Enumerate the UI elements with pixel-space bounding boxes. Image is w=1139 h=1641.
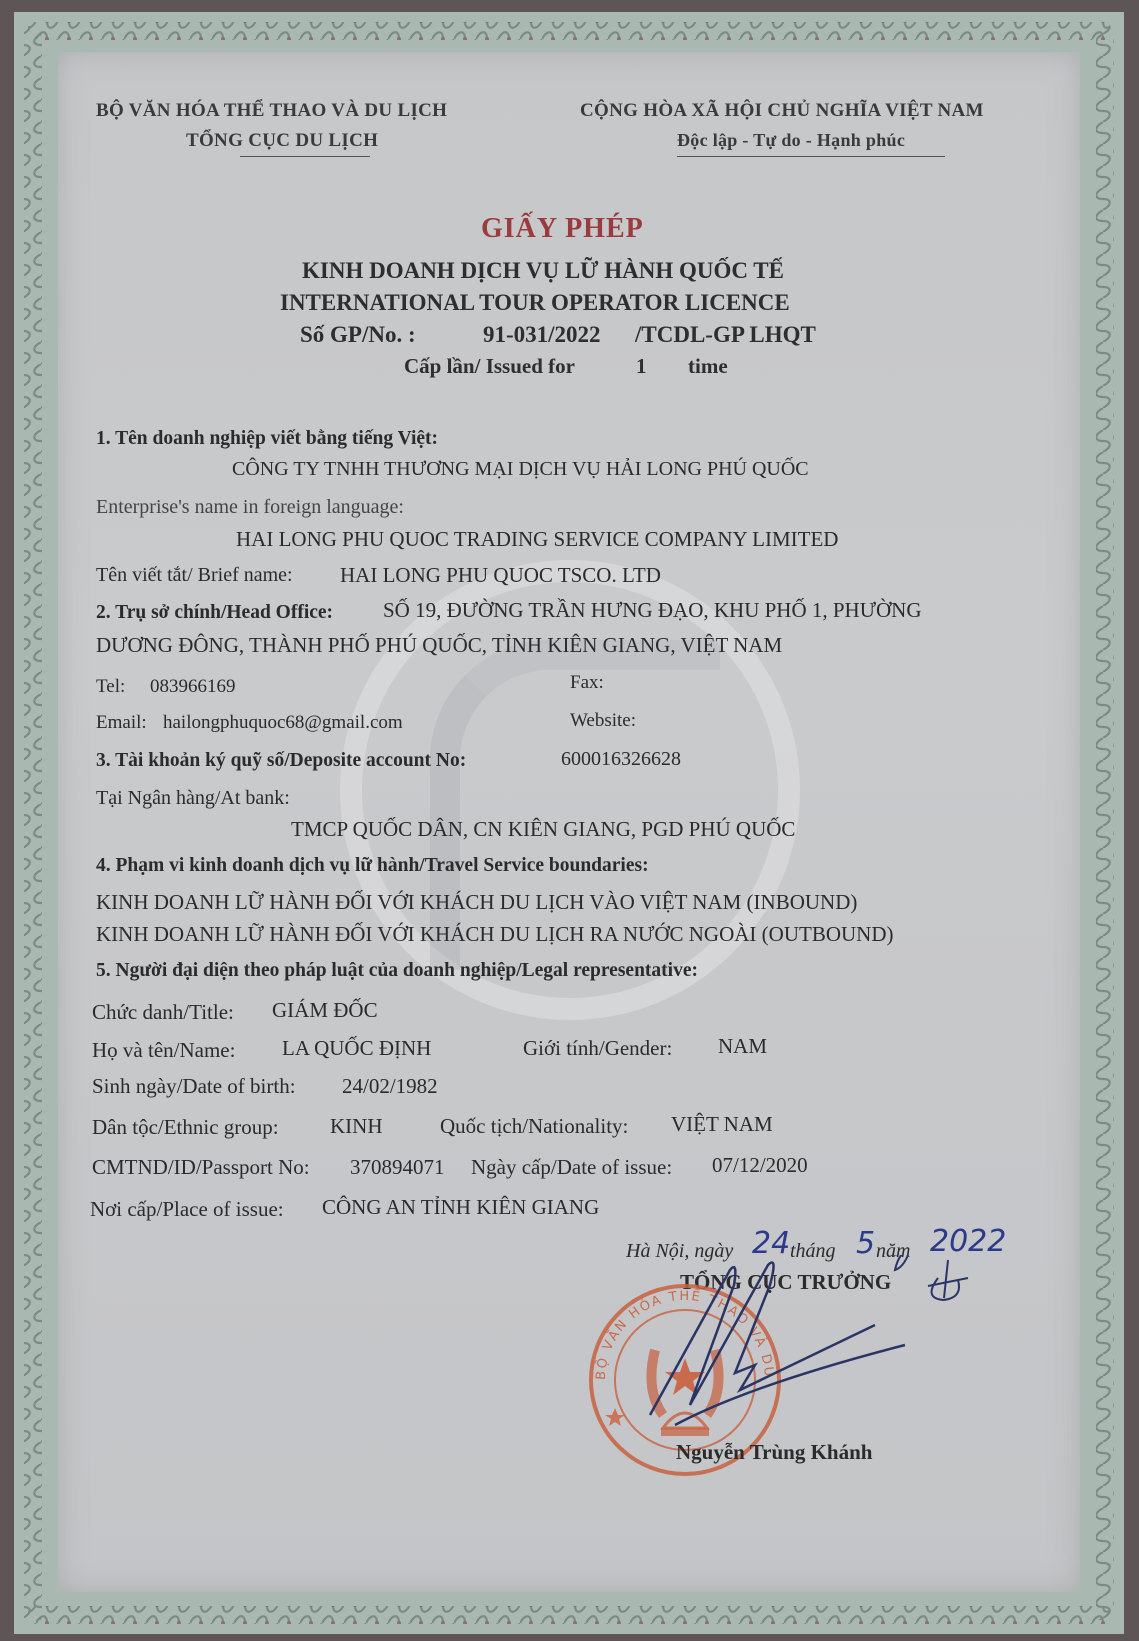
- motto-underline: [677, 156, 945, 157]
- tel-value: 083966169: [150, 676, 236, 698]
- rep-title-label: Chức danh/Title:: [92, 1000, 234, 1025]
- license-number-suffix: /TCDL-GP LHQT: [635, 322, 816, 348]
- agency-underline: [240, 156, 370, 157]
- rep-ethnic-label: Dân tộc/Ethnic group:: [92, 1115, 279, 1140]
- ministry-name: BỘ VĂN HÓA THỂ THAO VÀ DU LỊCH: [96, 100, 447, 122]
- bank-name: TMCP QUỐC DÂN, CN KIÊN GIANG, PGD PHÚ QU…: [291, 817, 795, 842]
- section5-label: 5. Người đại diện theo pháp luật của doa…: [96, 960, 698, 982]
- agency-name: TỔNG CỤC DU LỊCH: [186, 130, 378, 152]
- section3-label: 3. Tài khoản ký quỹ số/Deposite account …: [96, 750, 466, 772]
- rep-name: LA QUỐC ĐỊNH: [282, 1036, 431, 1061]
- rep-ethnic: KINH: [330, 1114, 383, 1139]
- rep-dob: 24/02/1982: [342, 1074, 438, 1099]
- license-type-en: INTERNATIONAL TOUR OPERATOR LICENCE: [280, 290, 790, 316]
- address-line1: SỐ 19, ĐƯỜNG TRẦN HƯNG ĐẠO, KHU PHỐ 1, P…: [383, 598, 922, 623]
- brief-name-label: Tên viết tắt/ Brief name:: [96, 564, 293, 587]
- email-value: hailongphuquoc68@gmail.com: [163, 712, 403, 734]
- rep-name-label: Họ và tên/Name:: [92, 1038, 235, 1063]
- license-number: 91-031/2022: [483, 322, 601, 348]
- license-type-vn: KINH DOANH DỊCH VỤ LỮ HÀNH QUỐC TẾ: [302, 258, 784, 284]
- deposit-account: 600016326628: [561, 748, 681, 771]
- document-title: GIẤY PHÉP: [481, 213, 644, 245]
- company-name-vn: CÔNG TY TNHH THƯƠNG MẠI DỊCH VỤ HẢI LONG…: [232, 458, 809, 481]
- section4-label: 4. Phạm vi kinh doanh dịch vụ lữ hành/Tr…: [96, 855, 649, 877]
- rep-nationality-label: Quốc tịch/Nationality:: [440, 1114, 628, 1139]
- section2-label: 2. Trụ sở chính/Head Office:: [96, 602, 333, 624]
- issued-label: Cấp lần/ Issued for: [404, 354, 575, 379]
- national-motto: Độc lập - Tự do - Hạnh phúc: [677, 130, 905, 151]
- initial-mark-icon: [918, 1258, 978, 1308]
- republic-name: CỘNG HÒA XÃ HỘI CHỦ NGHĨA VIỆT NAM: [580, 100, 984, 122]
- rep-id-label: CMTND/ID/Passport No:: [92, 1155, 310, 1180]
- brief-name: HAI LONG PHU QUOC TSCO. LTD: [340, 563, 661, 588]
- website-label: Website:: [570, 710, 636, 732]
- issued-unit: time: [688, 354, 728, 379]
- address-line2: DƯƠNG ĐÔNG, THÀNH PHỐ PHÚ QUỐC, TỈNH KIÊ…: [96, 633, 782, 658]
- service-scope-item: KINH DOANH LỮ HÀNH ĐỐI VỚI KHÁCH DU LỊCH…: [96, 890, 857, 915]
- rep-issue-place-label: Nơi cấp/Place of issue:: [90, 1197, 284, 1222]
- rep-issue-place: CÔNG AN TỈNH KIÊN GIANG: [322, 1195, 599, 1220]
- fax-label: Fax:: [570, 672, 604, 694]
- service-scope-item: KINH DOANH LỮ HÀNH ĐỐI VỚI KHÁCH DU LỊCH…: [96, 922, 893, 947]
- rep-issue-date: 07/12/2020: [712, 1153, 808, 1178]
- rep-nationality: VIỆT NAM: [671, 1112, 773, 1137]
- signer-name: Nguyễn Trùng Khánh: [676, 1440, 872, 1465]
- rep-dob-label: Sinh ngày/Date of birth:: [92, 1074, 296, 1099]
- foreign-name-label: Enterprise's name in foreign language:: [96, 496, 404, 519]
- company-name-en: HAI LONG PHU QUOC TRADING SERVICE COMPAN…: [236, 527, 838, 552]
- bank-label: Tại Ngân hàng/At bank:: [96, 787, 290, 810]
- issued-count: 1: [636, 354, 647, 379]
- rep-id: 370894071: [350, 1155, 445, 1180]
- signing-year: 2022: [930, 1224, 1006, 1259]
- section1-label: 1. Tên doanh nghiệp viết bằng tiếng Việt…: [96, 428, 438, 450]
- tel-label: Tel:: [96, 676, 125, 698]
- rep-issue-date-label: Ngày cấp/Date of issue:: [471, 1155, 672, 1180]
- email-label: Email:: [96, 712, 147, 734]
- signature-icon: [630, 1255, 930, 1455]
- rep-title: GIÁM ĐỐC: [272, 998, 378, 1023]
- rep-gender-label: Giới tính/Gender:: [523, 1036, 672, 1061]
- rep-gender: NAM: [718, 1034, 767, 1059]
- license-number-label: Số GP/No. :: [300, 322, 416, 348]
